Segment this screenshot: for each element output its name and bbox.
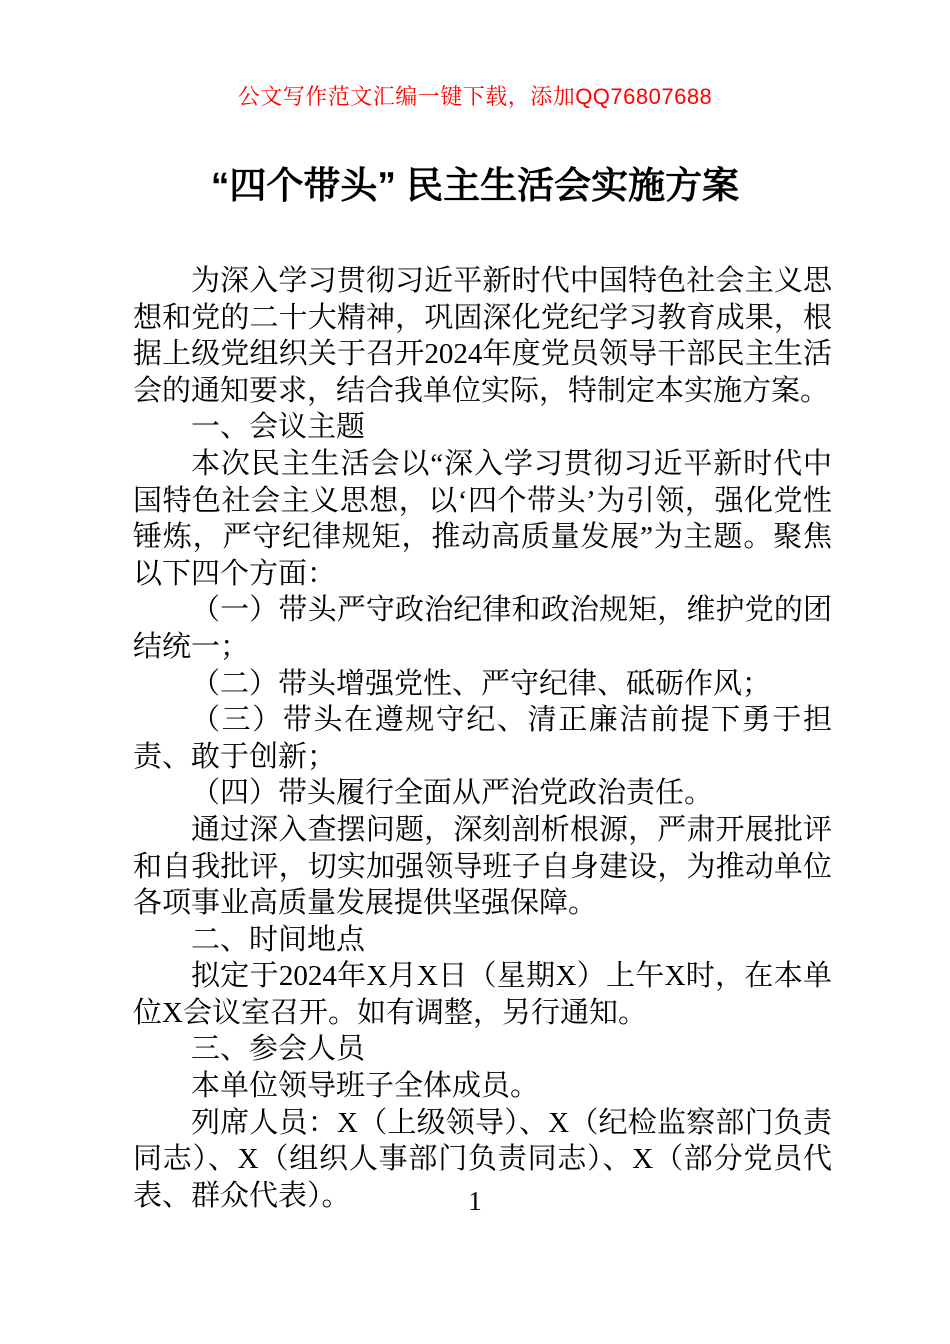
header-notice: 公文写作范文汇编一键下载，添加QQ76807688 <box>0 83 950 111</box>
paragraph-intro: 为深入学习贯彻习近平新时代中国特色社会主义思想和党的二十大精神，巩固深化党纪学习… <box>133 263 832 409</box>
list-item-1: （一）带头严守政治纪律和政治规矩，维护党的团结统一； <box>133 592 832 665</box>
paragraph-goal: 通过深入查摆问题，深刻剖析根源，严肃开展批评和自我批评，切实加强领导班子自身建设… <box>133 812 832 922</box>
list-item-3: （三）带头在遵规守纪、清正廉洁前提下勇于担责、敢于创新； <box>133 702 832 775</box>
list-item-4: （四）带头履行全面从严治党政治责任。 <box>133 775 832 812</box>
section-heading-1: 一、会议主题 <box>133 409 832 446</box>
document-body: 为深入学习贯彻习近平新时代中国特色社会主义思想和党的二十大精神，巩固深化党纪学习… <box>133 263 832 1214</box>
section-heading-2: 二、时间地点 <box>133 922 832 959</box>
document-title: “四个带头” 民主生活会实施方案 <box>0 162 950 210</box>
paragraph-theme: 本次民主生活会以“深入学习贯彻习近平新时代中国特色社会主义思想，以‘四个带头’为… <box>133 446 832 592</box>
page-number: 1 <box>0 1184 950 1218</box>
document-page: 公文写作范文汇编一键下载，添加QQ76807688 “四个带头” 民主生活会实施… <box>0 0 950 1344</box>
paragraph-time: 拟定于2024年X月X日（星期X）上午X时，在本单位X会议室召开。如有调整，另行… <box>133 958 832 1031</box>
section-heading-3: 三、参会人员 <box>133 1031 832 1068</box>
list-item-2: （二）带头增强党性、严守纪律、砥砺作风； <box>133 666 832 703</box>
paragraph-members: 本单位领导班子全体成员。 <box>133 1068 832 1105</box>
